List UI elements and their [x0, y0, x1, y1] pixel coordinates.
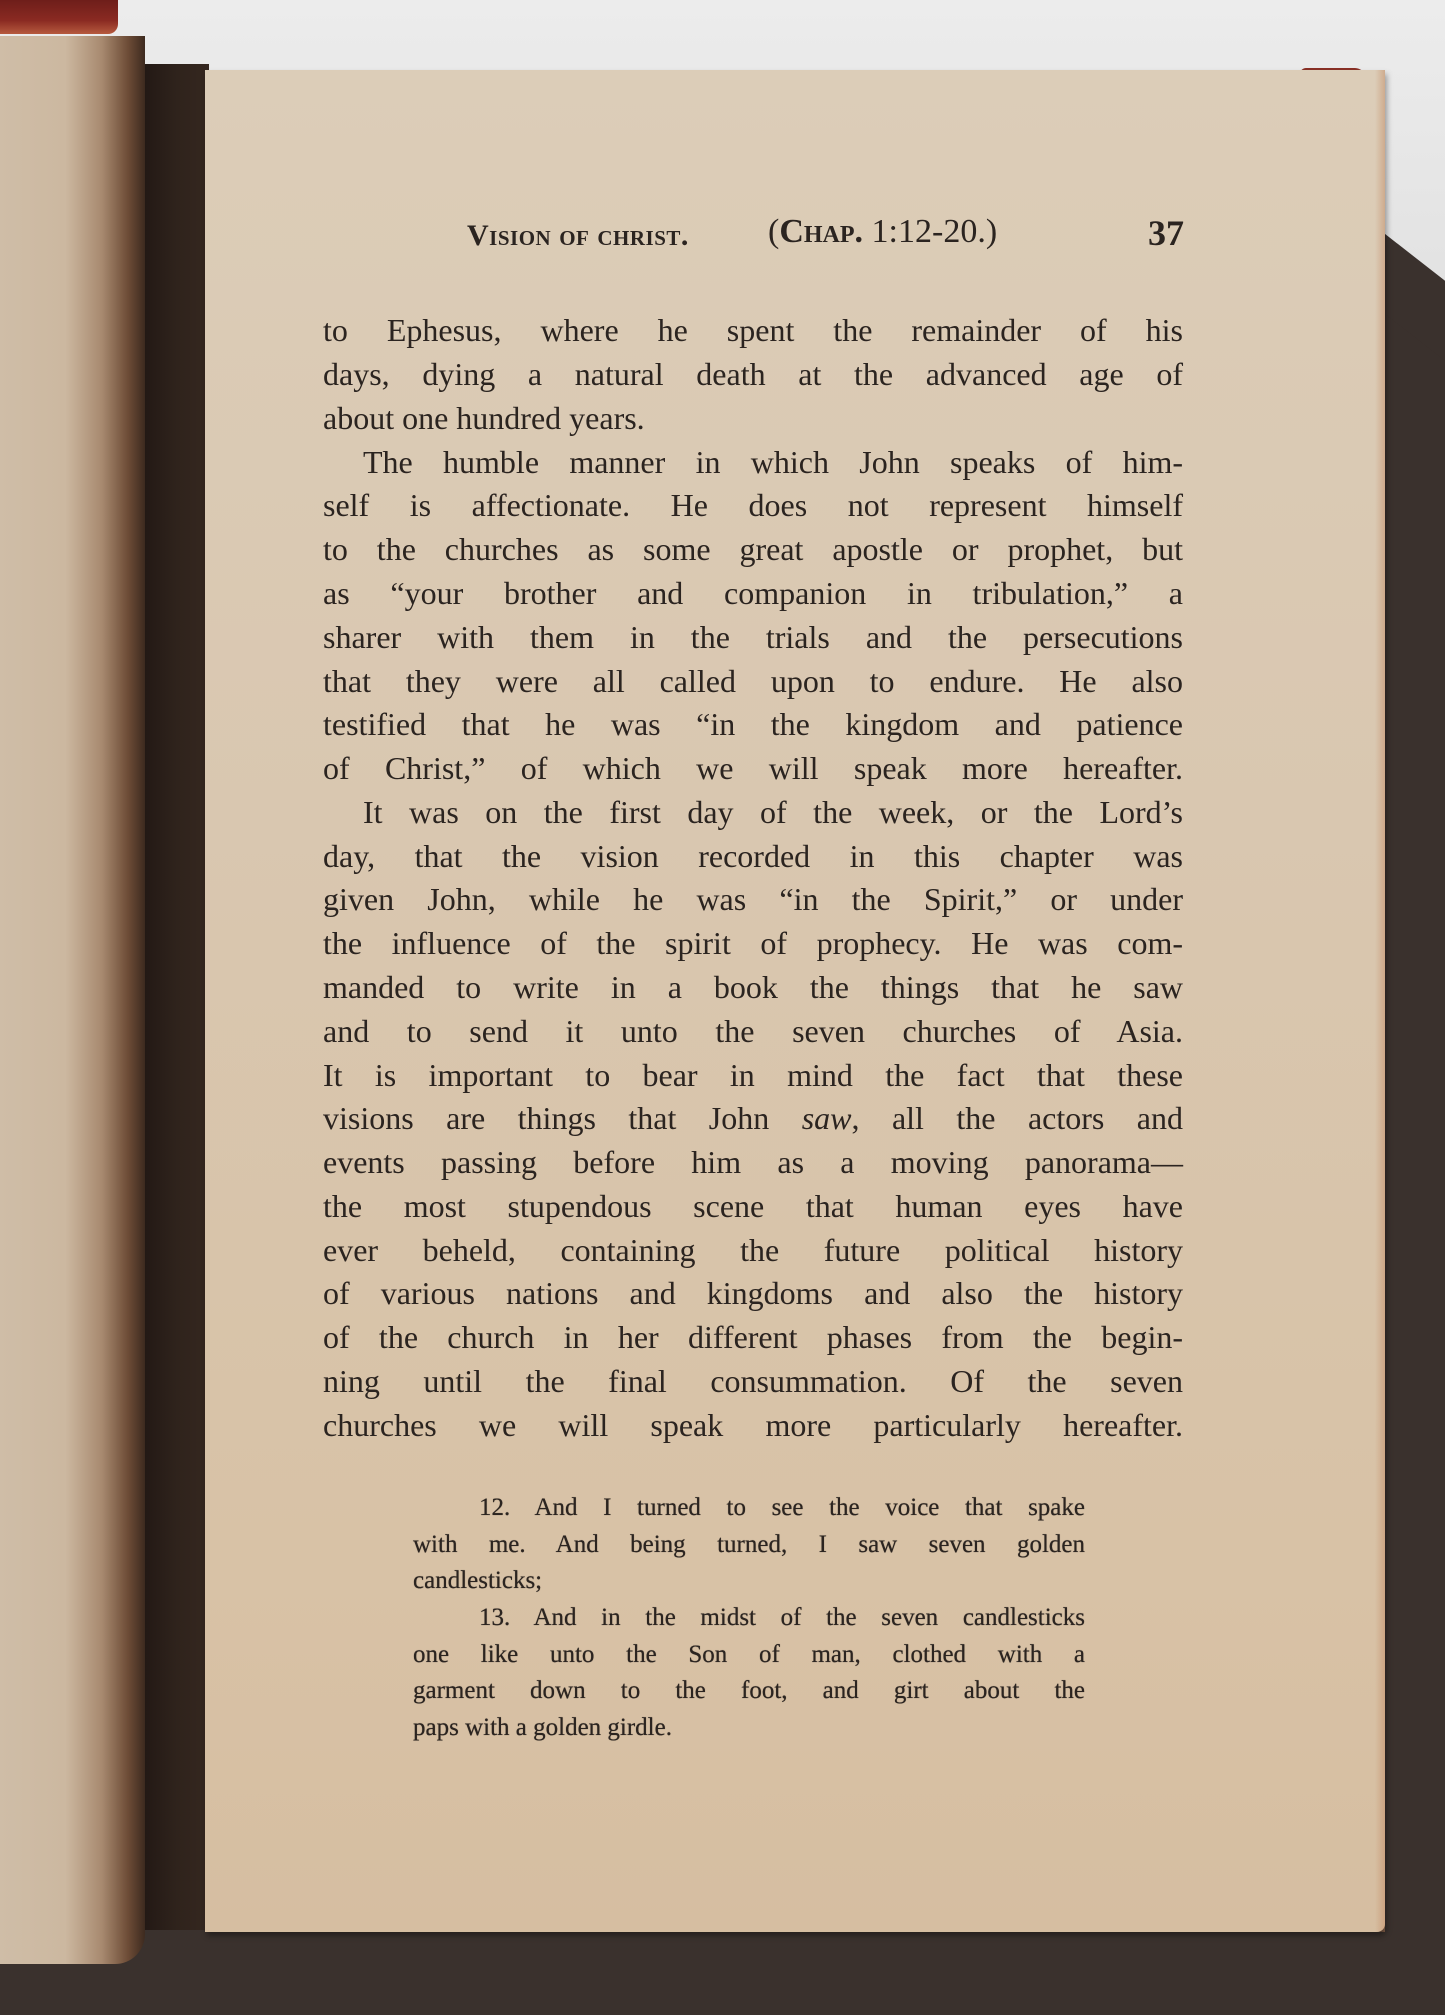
- text-line: and to send it unto the seven churches o…: [323, 1009, 1183, 1053]
- text-line: testified that he was “in the kingdom an…: [323, 702, 1183, 746]
- italic-emphasis: saw: [802, 1100, 852, 1136]
- text-line: visions are things that John saw, all th…: [323, 1096, 1183, 1140]
- verse-line: with me. And being turned, I saw seven g…: [413, 1526, 1085, 1563]
- text-line: ning until the final consummation. Of th…: [323, 1359, 1183, 1403]
- text-line: self is affectionate. He does not repres…: [323, 483, 1183, 527]
- text-line: churches we will speak more particularly…: [323, 1403, 1183, 1447]
- text-line: as “your brother and companion in tribul…: [323, 571, 1183, 615]
- text-line: given John, while he was “in the Spirit,…: [323, 877, 1183, 921]
- text-line: days, dying a natural death at the advan…: [323, 352, 1183, 396]
- book-cover-edge: [0, 0, 118, 34]
- text-segment: visions are things that John: [323, 1100, 802, 1136]
- paragraph-start-line: It was on the first day of the week, or …: [363, 790, 1183, 834]
- verse-line: candlesticks;: [413, 1562, 1085, 1599]
- text-line: of various nations and kingdoms and also…: [323, 1271, 1183, 1315]
- text-line: about one hundred years.: [323, 396, 1183, 440]
- verse-12-line: 12. And I turned to see the voice that s…: [479, 1489, 1085, 1526]
- chapter-ref-open: (: [768, 213, 779, 250]
- text-line: that they were all called upon to endure…: [323, 659, 1183, 703]
- verse-line: garment down to the foot, and girt about…: [413, 1672, 1085, 1709]
- chapter-ref-range: 1:12-20.): [863, 213, 997, 250]
- text-line: the influence of the spirit of prophecy.…: [323, 921, 1183, 965]
- text-line: ever beheld, containing the future polit…: [323, 1228, 1183, 1272]
- running-title: Vision of Christ.: [467, 219, 689, 253]
- text-line: manded to write in a book the things tha…: [323, 965, 1183, 1009]
- verse-line: paps with a golden girdle.: [413, 1709, 1085, 1746]
- text-line: day, that the vision recorded in this ch…: [323, 834, 1183, 878]
- chapter-ref-label: Chap.: [779, 213, 863, 250]
- text-line: of the church in her different phases fr…: [323, 1315, 1183, 1359]
- verse-line: one like unto the Son of man, clothed wi…: [413, 1636, 1085, 1673]
- text-line: to Ephesus, where he spent the remainder…: [323, 308, 1183, 352]
- text-line: to the churches as some great apostle or…: [323, 527, 1183, 571]
- page-number: 37: [1148, 216, 1184, 250]
- text-line: It is important to bear in mind the fact…: [323, 1053, 1183, 1097]
- text-line: of Christ,” of which we will speak more …: [323, 746, 1183, 790]
- text-line: events passing before him as a moving pa…: [323, 1140, 1183, 1184]
- book-gutter: [145, 64, 209, 1930]
- text-segment: , all the actors and: [852, 1100, 1184, 1136]
- left-page: [0, 36, 145, 1964]
- verse-13-line: 13. And in the midst of the seven candle…: [479, 1599, 1085, 1636]
- text-line: sharer with them in the trials and the p…: [323, 615, 1183, 659]
- chapter-reference: (Chap. 1:12-20.): [768, 215, 997, 249]
- paragraph-start-line: The humble manner in which John speaks o…: [363, 440, 1183, 484]
- text-line: the most stupendous scene that human eye…: [323, 1184, 1183, 1228]
